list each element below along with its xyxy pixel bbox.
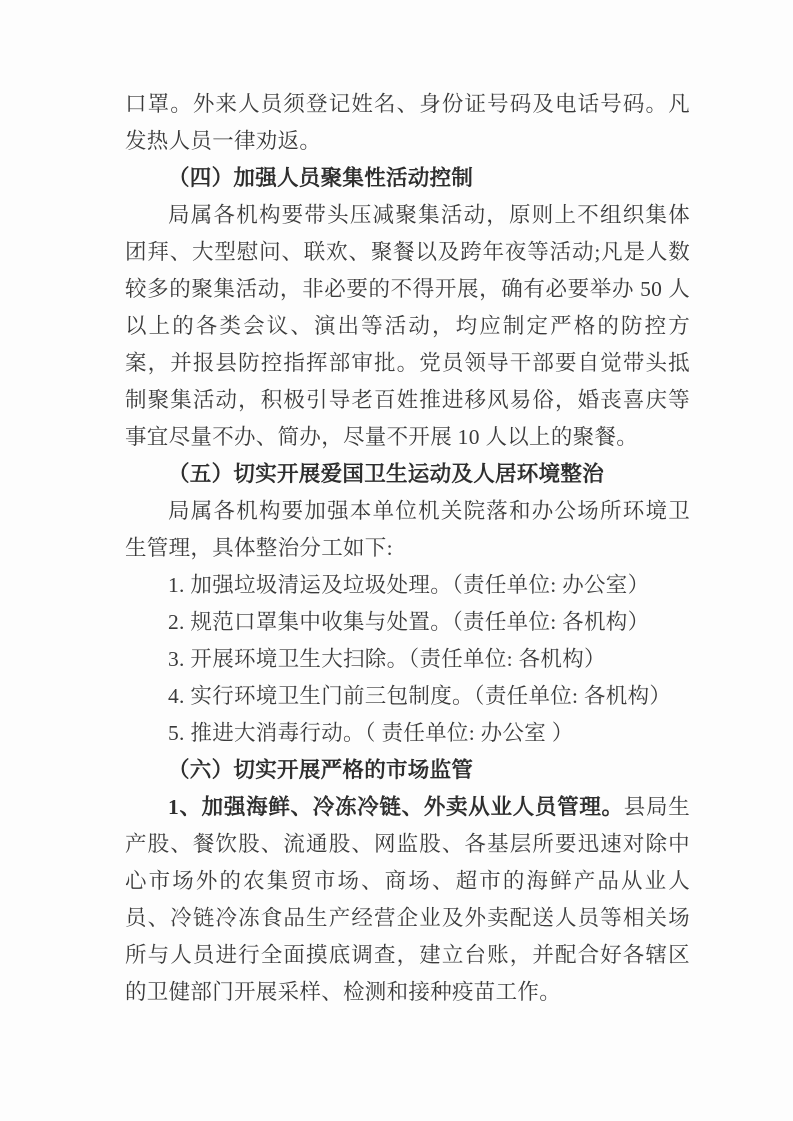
section-heading-6: （六）切实开展严格的市场监管	[125, 752, 690, 789]
paragraph-market-supervision-lead: 1、加强海鲜、冷冻冷链、外卖从业人员管理。	[168, 795, 624, 819]
list-item-3: 3. 开展环境卫生大扫除。（责任单位: 各机构）	[125, 641, 690, 678]
list-item-1: 1. 加强垃圾清运及垃圾处理。（责任单位: 办公室）	[125, 567, 690, 604]
list-item-2: 2. 规范口罩集中收集与处置。（责任单位: 各机构）	[125, 604, 690, 641]
section-heading-4: （四）加强人员聚集性活动控制	[125, 160, 690, 197]
section-heading-5: （五）切实开展爱国卫生运动及人居环境整治	[125, 456, 690, 493]
list-item-4: 4. 实行环境卫生门前三包制度。（责任单位: 各机构）	[125, 678, 690, 715]
document-page: 口罩。外来人员须登记姓名、身份证号码及电话号码。凡发热人员一律劝返。 （四）加强…	[0, 0, 793, 1121]
list-item-5: 5. 推进大消毒行动。（ 责任单位: 办公室 ）	[125, 715, 690, 752]
paragraph-gathering-control: 局属各机构要带头压减聚集活动，原则上不组织集体团拜、大型慰问、联欢、聚餐以及跨年…	[125, 197, 690, 456]
paragraph-continuation: 口罩。外来人员须登记姓名、身份证号码及电话号码。凡发热人员一律劝返。	[125, 86, 690, 160]
paragraph-sanitation-intro: 局属各机构要加强本单位机关院落和办公场所环境卫生管理，具体整治分工如下:	[125, 493, 690, 567]
paragraph-market-supervision-text: 县局生产股、餐饮股、流通股、网监股、各基层所要迅速对除中心市场外的农集贸市场、商…	[125, 795, 690, 1004]
paragraph-market-supervision: 1、加强海鲜、冷冻冷链、外卖从业人员管理。县局生产股、餐饮股、流通股、网监股、各…	[125, 789, 690, 1011]
